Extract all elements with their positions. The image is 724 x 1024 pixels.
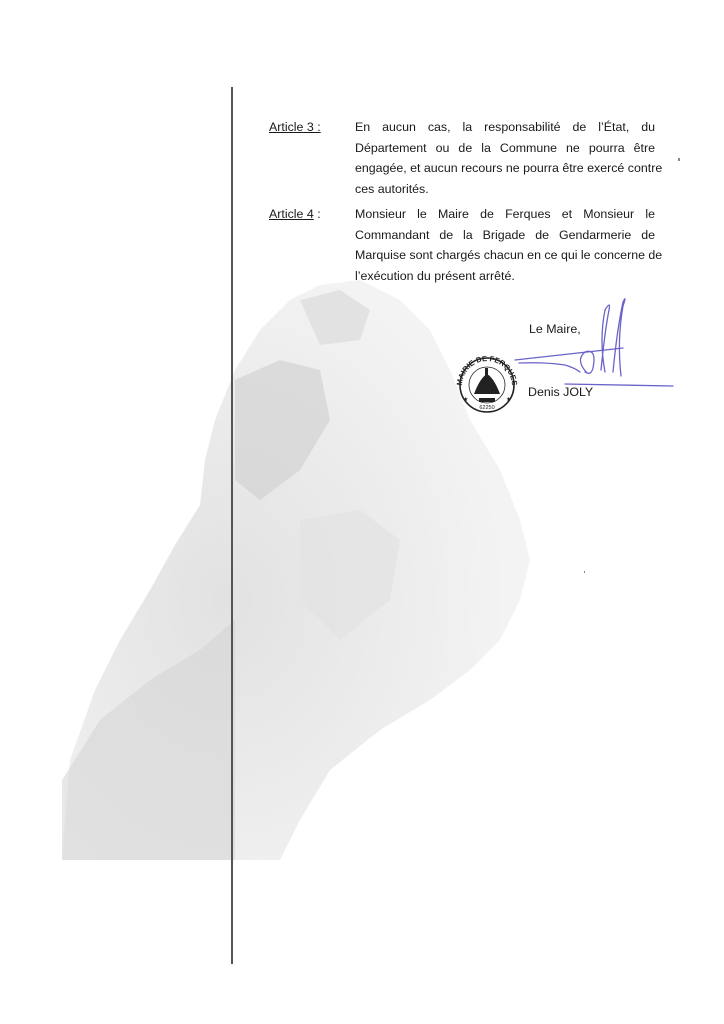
- text-line: l’exécution du présent arrêté.: [355, 266, 655, 287]
- scan-speck: [678, 158, 680, 161]
- scan-speck: [584, 571, 585, 573]
- article-4-text: Monsieur le Maire de Ferques et Monsieur…: [355, 204, 655, 286]
- margin-rule: [231, 87, 233, 964]
- svg-text:62250: 62250: [479, 405, 494, 411]
- text-line: En aucun cas, la responsabilité de l’Éta…: [355, 117, 655, 138]
- article-4-label: Article 4 :: [269, 204, 349, 225]
- article-3-text: En aucun cas, la responsabilité de l’Éta…: [355, 117, 655, 199]
- text-line: ces autorités.: [355, 179, 655, 200]
- text-line: Marquise sont chargés chacun en ce qui l…: [355, 245, 655, 266]
- handwritten-signature: [505, 290, 675, 400]
- article-3-label: Article 3 :: [269, 117, 349, 138]
- text-line: engagée, et aucun recours ne pourra être…: [355, 158, 655, 179]
- text-line: Monsieur le Maire de Ferques et Monsieur…: [355, 204, 655, 225]
- svg-text:★: ★: [463, 396, 468, 403]
- text-line: Commandant de la Brigade de Gendarmerie …: [355, 225, 655, 246]
- text-line: Département ou de la Commune ne pourra ê…: [355, 138, 655, 159]
